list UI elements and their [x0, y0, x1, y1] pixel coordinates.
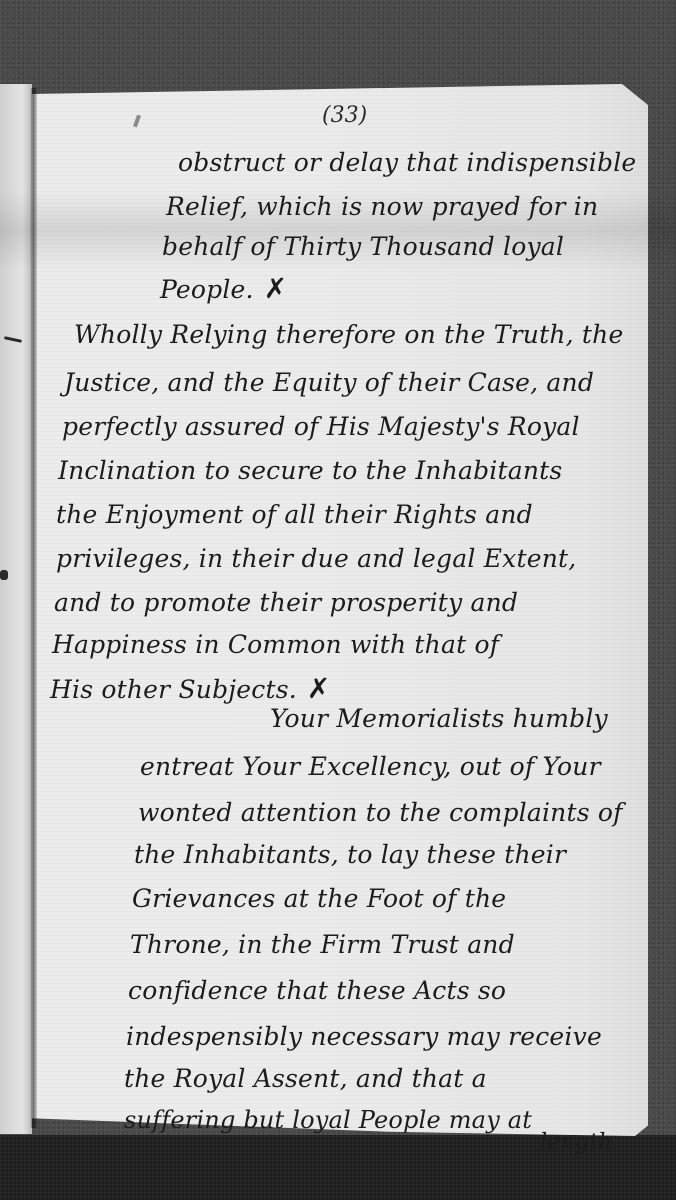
text-line: perfectly assured of His Majesty's Royal: [62, 412, 580, 441]
cross-mark-icon: ✗: [307, 672, 331, 705]
binding-fold: [30, 88, 37, 1128]
text-line: Throne, in the Firm Trust and: [130, 930, 515, 959]
catchword: length: [540, 1130, 613, 1155]
text-line-content: People.: [160, 275, 254, 304]
page-number: (33): [322, 103, 367, 128]
text-line-content: His other Subjects.: [50, 675, 297, 704]
text-line: the Enjoyment of all their Rights and: [56, 500, 533, 529]
text-line: and to promote their prosperity and: [54, 588, 518, 617]
text-line: Happiness in Common with that of: [52, 630, 499, 659]
text-line: indespensibly necessary may receive: [126, 1022, 602, 1051]
text-line: Wholly Relying therefore on the Truth, t…: [74, 320, 623, 349]
text-line: confidence that these Acts so: [128, 976, 506, 1005]
text-line: the Royal Assent, and that a: [124, 1064, 487, 1093]
binding-thread-knot: [0, 570, 8, 580]
text-line: Your Memorialists humbly: [270, 704, 608, 733]
text-line: wonted attention to the complaints of: [138, 798, 623, 827]
text-line: the Inhabitants, to lay these their: [134, 840, 566, 869]
previous-page-edge: [0, 84, 32, 1134]
text-line-last: His other Subjects.✗: [50, 672, 331, 705]
text-line: Grievances at the Foot of the: [132, 884, 506, 913]
text-line-last: People.✗: [160, 250, 287, 283]
text-line: Inclination to secure to the Inhabitants: [58, 456, 562, 485]
text-line: suffering but loyal People may at: [124, 1106, 532, 1134]
text-line: Relief, which is now prayed for in: [166, 192, 598, 221]
text-line: entreat Your Excellency, out of Your: [140, 752, 601, 781]
text-line: privileges, in their due and legal Exten…: [56, 544, 576, 573]
cross-mark-icon: ✗: [264, 272, 288, 305]
text-line: Justice, and the Equity of their Case, a…: [64, 368, 594, 397]
text-line: obstruct or delay that indispensible: [178, 148, 636, 177]
